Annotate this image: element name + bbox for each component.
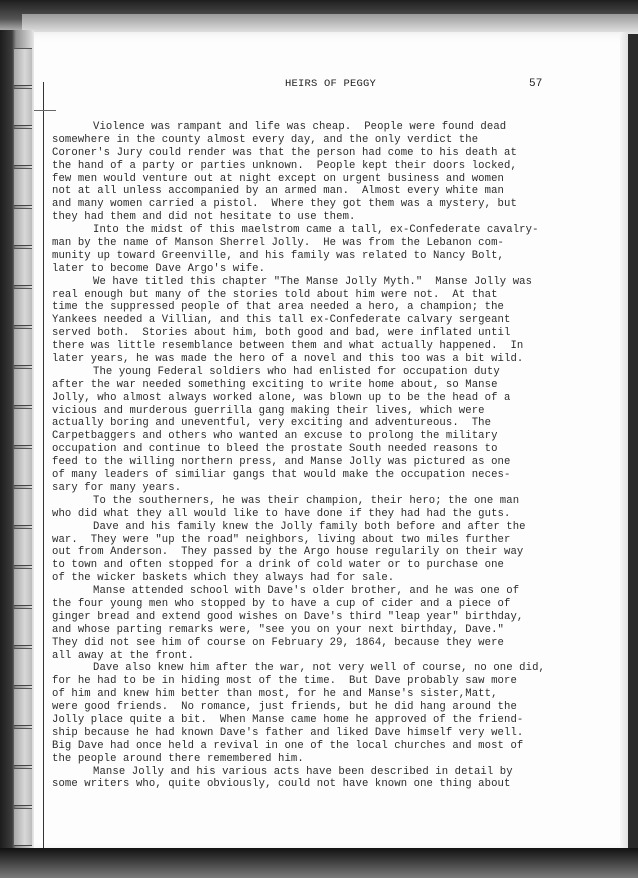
text-line: not at all unless accompanied by an arme… bbox=[52, 185, 572, 198]
binding-ring bbox=[14, 128, 32, 166]
margin-tick-mark bbox=[34, 110, 56, 111]
text-line: munity up toward Greenville, and his fam… bbox=[52, 250, 572, 263]
text-line: man by the name of Manson Sherrel Jolly.… bbox=[52, 237, 572, 250]
text-line: real enough but many of the stories told… bbox=[52, 289, 572, 302]
paragraph-first-line: The young Federal soldiers who had enlis… bbox=[52, 366, 572, 379]
paragraph-first-line: Violence was rampant and life was cheap.… bbox=[52, 121, 572, 134]
binding-ring bbox=[14, 208, 32, 246]
binding-ring bbox=[14, 648, 32, 686]
text-line: Coroner's Jury could render was that the… bbox=[52, 147, 572, 160]
text-line: the people around there remembered him. bbox=[52, 753, 572, 766]
scanner-bottom-edge bbox=[0, 848, 638, 878]
text-line: Carpetbaggers and others who wanted an e… bbox=[52, 430, 572, 443]
text-line: of many leaders of similiar gangs that w… bbox=[52, 469, 572, 482]
binding-ring bbox=[14, 728, 32, 766]
spiral-binding bbox=[0, 30, 34, 878]
text-line: of the wicker baskets which they always … bbox=[52, 572, 572, 585]
binding-ring bbox=[14, 568, 32, 606]
binding-ring bbox=[14, 488, 32, 526]
running-title: HEIRS OF PEGGY bbox=[285, 78, 376, 90]
text-line: of him and knew him better than most, fo… bbox=[52, 688, 572, 701]
text-line: ship because he had known Dave's father … bbox=[52, 727, 572, 740]
binding-ring bbox=[14, 768, 32, 806]
text-line: later years, he was made the hero of a n… bbox=[52, 353, 572, 366]
text-line: for he had to be in hiding most of the t… bbox=[52, 675, 572, 688]
paragraph-first-line: Manse attended school with Dave's older … bbox=[52, 585, 572, 598]
text-line: some writers who, quite obviously, could… bbox=[52, 778, 572, 791]
text-line: Jolly, who almost always worked alone, w… bbox=[52, 392, 572, 405]
paragraph-first-line: We have titled this chapter "The Manse J… bbox=[52, 276, 572, 289]
text-line: who did what they all would like to have… bbox=[52, 508, 572, 521]
underlying-page-edge bbox=[22, 14, 638, 34]
text-line: vicious and murderous guerrilla gang mak… bbox=[52, 405, 572, 418]
page-right-edge bbox=[620, 32, 628, 850]
text-line: and many women carried a pistol. Where t… bbox=[52, 198, 572, 211]
text-line: actually boring and uneventful, very exc… bbox=[52, 417, 572, 430]
text-line: all away at the front. bbox=[52, 650, 572, 663]
text-line: the four young men who stopped by to hav… bbox=[52, 598, 572, 611]
text-line: sary for many years. bbox=[52, 482, 572, 495]
text-line: were good friends. No romance, just frie… bbox=[52, 701, 572, 714]
text-line: to town and often stopped for a drink of… bbox=[52, 559, 572, 572]
binding-ring bbox=[14, 328, 32, 366]
binding-ring bbox=[14, 288, 32, 326]
binding-ring bbox=[14, 528, 32, 566]
text-line: time the suppressed people of that area … bbox=[52, 301, 572, 314]
binding-ring bbox=[14, 88, 32, 126]
text-line: Yankees needed a Villian, and this tall … bbox=[52, 314, 572, 327]
text-line: the hand of a party or parties unknown. … bbox=[52, 160, 572, 173]
binding-ring bbox=[14, 248, 32, 286]
text-line: feed to the willing northern press, and … bbox=[52, 456, 572, 469]
binding-ring bbox=[14, 368, 32, 406]
text-line: They did not see him of course on Februa… bbox=[52, 637, 572, 650]
body-text: Violence was rampant and life was cheap.… bbox=[52, 121, 572, 791]
page-number: 57 bbox=[529, 78, 543, 90]
binding-ring bbox=[14, 48, 32, 86]
binding-ring bbox=[14, 448, 32, 486]
paragraph-first-line: To the southerners, he was their champio… bbox=[52, 495, 572, 508]
text-line: ginger bread and extend good wishes on D… bbox=[52, 611, 572, 624]
text-line: and whose parting remarks were, "see you… bbox=[52, 624, 572, 637]
paragraph-first-line: Dave also knew him after the war, not ve… bbox=[52, 662, 572, 675]
text-line: later to become Dave Argo's wife. bbox=[52, 263, 572, 276]
paragraph-first-line: Dave and his family knew the Jolly famil… bbox=[52, 521, 572, 534]
text-line: somewhere in the county almost every day… bbox=[52, 134, 572, 147]
binding-ring bbox=[14, 688, 32, 726]
binding-ring bbox=[14, 168, 32, 206]
text-line: served both. Stories about him, both goo… bbox=[52, 327, 572, 340]
text-line: Big Dave had once held a revival in one … bbox=[52, 740, 572, 753]
text-line: few men would venture out at night excep… bbox=[52, 173, 572, 186]
text-line: there was little resemblance between the… bbox=[52, 340, 572, 353]
text-line: Jolly place quite a bit. When Manse came… bbox=[52, 714, 572, 727]
paragraph-first-line: Into the midst of this maelstrom came a … bbox=[52, 224, 572, 237]
text-line: war. They were "up the road" neighbors, … bbox=[52, 534, 572, 547]
binding-ring bbox=[14, 608, 32, 646]
text-line: after the war needed something exciting … bbox=[52, 379, 572, 392]
binding-ring bbox=[14, 408, 32, 446]
text-line: out from Anderson. They passed by the Ar… bbox=[52, 546, 572, 559]
margin-rule-line bbox=[43, 82, 44, 878]
paragraph-first-line: Manse Jolly and his various acts have be… bbox=[52, 766, 572, 779]
document-page: HEIRS OF PEGGY 57 Violence was rampant a… bbox=[10, 32, 628, 850]
binding-ring bbox=[14, 808, 32, 846]
text-line: occupation and continue to bleed the pro… bbox=[52, 443, 572, 456]
text-line: they had them and did not hesitate to us… bbox=[52, 211, 572, 224]
